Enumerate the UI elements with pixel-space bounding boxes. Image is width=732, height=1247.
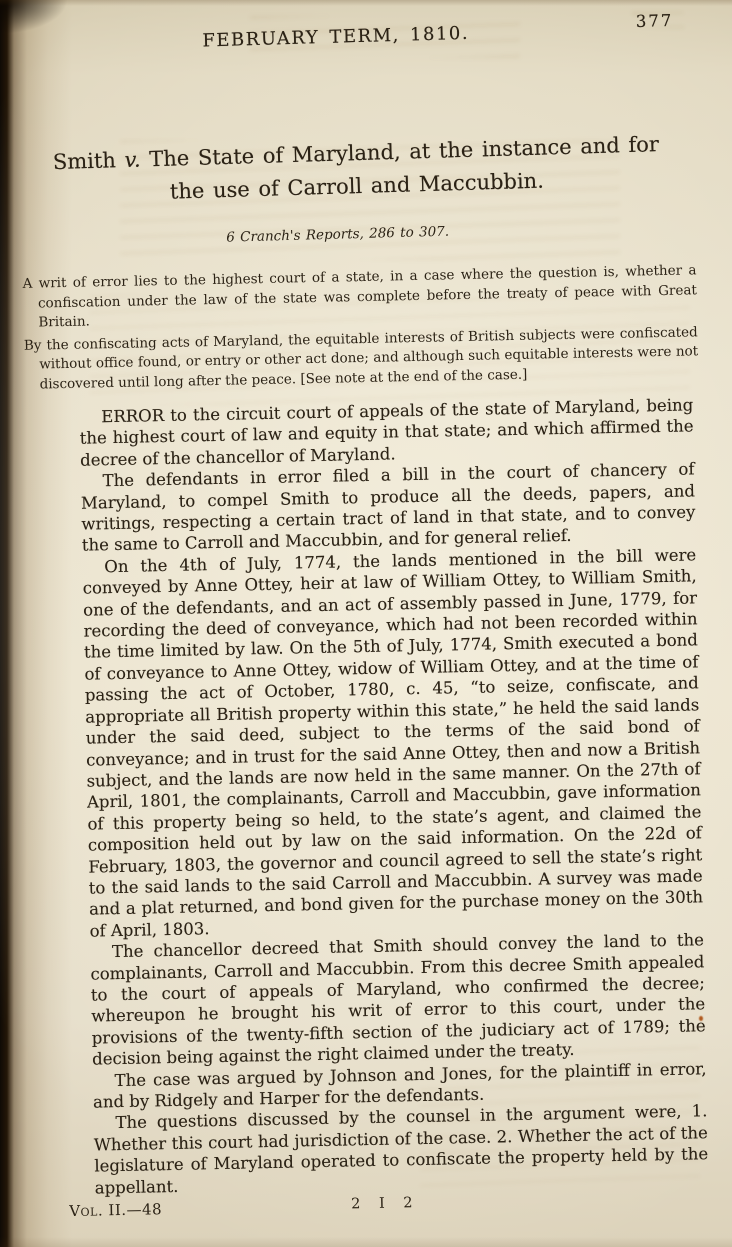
running-header-text: FEBRUARY TERM, 1810.	[202, 23, 469, 52]
case-title: Smith v. The State of Maryland, at the i…	[10, 127, 704, 214]
running-header: FEBRUARY TERM, 1810. 377	[0, 16, 720, 58]
opinion-body: ERROR to the circuit court of appeals of…	[0, 394, 732, 1201]
paragraph-decree: The chancellor decreed that Smith should…	[90, 929, 706, 1070]
paragraph-error-statement: ERROR to the circuit court of appeals of…	[79, 394, 694, 471]
footer-volume-label: Vol. II.—48	[69, 1200, 162, 1220]
headnotes: A writ of error lies to the highest cour…	[0, 261, 727, 396]
paragraph-facts: On the 4th of July, 1774, the lands ment…	[82, 544, 704, 942]
paragraph-questions: The questions discussed by the counsel i…	[93, 1101, 709, 1199]
footer-signature-mark: 2 I 2	[351, 1195, 420, 1212]
case-title-versus: v.	[124, 147, 141, 171]
headnote-2: By the confiscating acts of Maryland, th…	[24, 323, 699, 395]
page-content: FEBRUARY TERM, 1810. 377 Smith v. The St…	[0, 0, 732, 1247]
case-title-party: Smith	[53, 148, 117, 174]
paragraph-bill-filed: The defendants in error filed a bill in …	[80, 459, 696, 557]
page-number: 377	[636, 11, 674, 31]
scanned-book-page: FEBRUARY TERM, 1810. 377 Smith v. The St…	[0, 0, 732, 1247]
reporter-citation: 6 Cranch's Reports, 286 to 307.	[0, 216, 724, 252]
headnote-1: A writ of error lies to the highest cour…	[22, 261, 697, 333]
